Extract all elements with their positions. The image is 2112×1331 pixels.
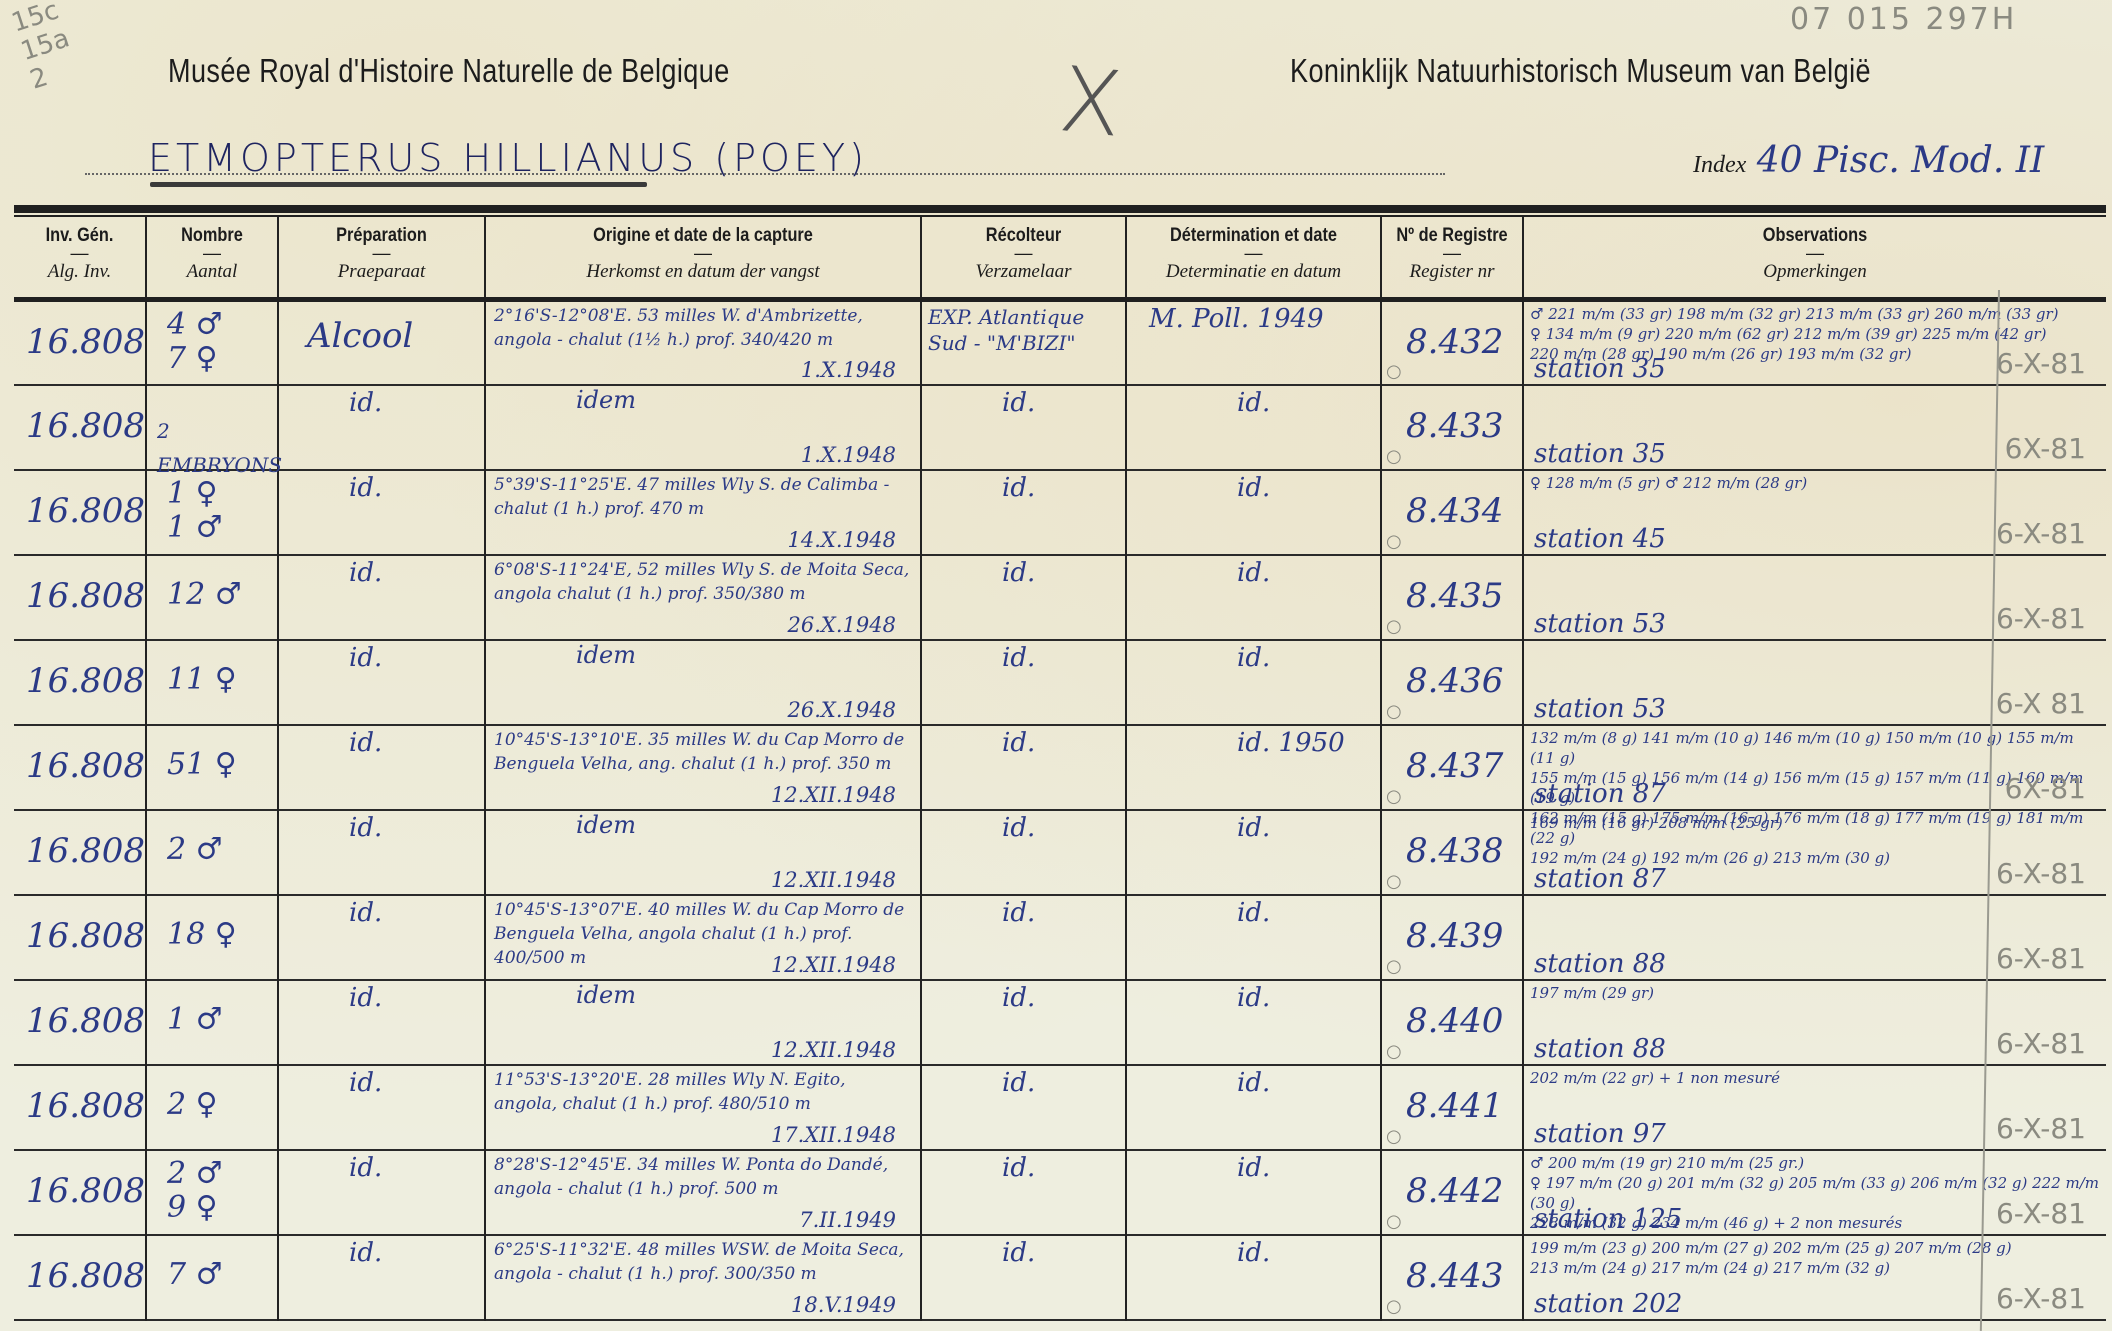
cell-origine: 11°53'S-13°20'E. 28 milles Wly N. Egito,… — [485, 1065, 921, 1150]
pencil-check-date: 6-X-81 — [1996, 942, 2086, 975]
column-divider-dash: — — [486, 247, 920, 259]
cell-determination: id. — [1126, 1150, 1381, 1235]
pencil-check-date: 6X-81 — [2005, 432, 2086, 465]
table-row: 16.808 1 ♀1 ♂ id. 5°39'S-11°25'E. 47 mil… — [14, 470, 2106, 555]
cell-recolteur: id. — [921, 385, 1126, 470]
observation-measurements: ♀ 128 m/m (5 gr) ♂ 212 m/m (28 gr) — [1530, 473, 2102, 493]
cell-inv-gen: 16.808 — [14, 1150, 146, 1235]
register-number: 8.440 — [1406, 1001, 1503, 1041]
cell-preparation: id. — [278, 810, 485, 895]
pencil-circle-mark: ○ — [1386, 531, 1402, 552]
cell-registre: 8.433 ○ — [1381, 385, 1523, 470]
column-label-fr: Observations — [1565, 225, 2066, 247]
cell-nombre: 7 ♂ — [146, 1235, 278, 1320]
determination-value: id. — [1237, 473, 1270, 503]
museum-title-french: Musée Royal d'Histoire Naturelle de Belg… — [168, 52, 730, 90]
capture-date: 7.II.1949 — [799, 1208, 896, 1232]
inventory-number: 16.808 — [26, 1001, 145, 1041]
capture-date: 1.X.1948 — [801, 358, 896, 382]
observation-measurements: 202 m/m (22 gr) + 1 non mesuré — [1530, 1068, 2102, 1088]
pencil-check-date: 6-X-81 — [1996, 1282, 2086, 1315]
count-line: 1 ♀ — [167, 477, 223, 511]
table-row: 16.808 18 ♀ id. 10°45'S-13°07'E. 40 mill… — [14, 895, 2106, 980]
station-label: station 35 — [1534, 354, 1666, 384]
count-line: 9 ♀ — [167, 1191, 223, 1225]
pencil-circle-mark: ○ — [1386, 1296, 1402, 1317]
table-row: 16.808 7 ♂ id. 6°25'S-11°32'E. 48 milles… — [14, 1235, 2106, 1320]
inventory-number: 16.808 — [26, 1256, 145, 1296]
species-name: ETMOPTERUS HILLIANUS (POEY) — [148, 136, 868, 180]
cell-observations: station 53 6-X 81 — [1523, 640, 2106, 725]
register-number: 8.436 — [1406, 661, 1503, 701]
cell-origine: 10°45'S-13°10'E. 35 milles W. du Cap Mor… — [485, 725, 921, 810]
cell-nombre: 2 ♂9 ♀ — [146, 1150, 278, 1235]
museum-title-dutch: Koninklijk Natuurhistorisch Museum van B… — [1290, 52, 1871, 90]
observation-line: ♀ 128 m/m (5 gr) ♂ 212 m/m (28 gr) — [1530, 473, 2102, 493]
species-underline — [150, 182, 647, 187]
observation-line: 199 m/m (23 g) 200 m/m (27 g) 202 m/m (2… — [1530, 1238, 2102, 1258]
specimen-count: 2 ♂ — [167, 833, 223, 867]
table-row: 16.808 12 ♂ id. 6°08'S-11°24'E, 52 mille… — [14, 555, 2106, 640]
cell-nombre: 18 ♀ — [146, 895, 278, 980]
cell-recolteur: id. — [921, 810, 1126, 895]
cell-nombre: 2 ♀ — [146, 1065, 278, 1150]
pencil-circle-mark: ○ — [1386, 701, 1402, 722]
observation-measurements: 197 m/m (29 gr) — [1530, 983, 2102, 1003]
specimen-count: 2 ♀ — [167, 1088, 218, 1122]
cell-registre: 8.439 ○ — [1381, 895, 1523, 980]
capture-origin: idem — [576, 388, 914, 412]
determination-value: id. — [1237, 388, 1270, 418]
collector-value: id. — [1002, 1238, 1035, 1268]
pencil-circle-mark: ○ — [1386, 1041, 1402, 1062]
cell-origine: 10°45'S-13°07'E. 40 milles W. du Cap Mor… — [485, 895, 921, 980]
collector-value: id. — [1002, 473, 1035, 503]
cell-registre: 8.438 ○ — [1381, 810, 1523, 895]
table-row: 16.808 2 ♂ id. idem 12.XII.1948 id. id. … — [14, 810, 2106, 895]
pencil-circle-mark: ○ — [1386, 786, 1402, 807]
cell-origine: 2°16'S-12°08'E. 53 milles W. d'Ambrizett… — [485, 300, 921, 385]
column-label-nl: Herkomst en datum der vangst — [486, 261, 920, 283]
column-label-nl: Alg. Inv. — [14, 261, 145, 283]
register-number: 8.433 — [1406, 406, 1503, 446]
cell-origine: 6°08'S-11°24'E, 52 milles Wly S. de Moit… — [485, 555, 921, 640]
specimen-count: 12 ♂ — [167, 578, 242, 612]
count-line: 7 ♂ — [167, 1258, 223, 1292]
cell-nombre: 4 ♂7 ♀ — [146, 300, 278, 385]
pencil-check-date: 6-X-81 — [1996, 1112, 2086, 1145]
station-label: station 53 — [1534, 609, 1666, 639]
determination-value: id. 1950 — [1237, 728, 1345, 758]
cell-observations: station 53 6-X-81 — [1523, 555, 2106, 640]
determination-value: M. Poll. 1949 — [1149, 304, 1324, 334]
pencil-check-date: 6-X 81 — [1996, 687, 2086, 720]
station-label: station 87 — [1534, 864, 1666, 894]
cell-observations: 132 m/m (8 g) 141 m/m (10 g) 146 m/m (10… — [1523, 725, 2106, 810]
cell-recolteur: id. — [921, 470, 1126, 555]
inventory-number: 16.808 — [26, 661, 145, 701]
station-label: station 97 — [1534, 1119, 1666, 1149]
cell-inv-gen: 16.808 — [14, 640, 146, 725]
collector-value: id. — [1002, 898, 1035, 928]
column-divider-dash: — — [1127, 247, 1380, 259]
cell-origine: 6°25'S-11°32'E. 48 milles WSW. de Moita … — [485, 1235, 921, 1320]
cell-preparation: id. — [278, 725, 485, 810]
cell-preparation: id. — [278, 385, 485, 470]
station-label: station 202 — [1534, 1289, 1682, 1319]
pencil-check-date: 6-X-81 — [1996, 602, 2086, 635]
cell-recolteur: id. — [921, 555, 1126, 640]
pencil-check-date: 6-X-81 — [1996, 857, 2086, 890]
column-label-fr: Nombre — [156, 225, 268, 247]
cell-determination: id. — [1126, 385, 1381, 470]
cell-inv-gen: 16.808 — [14, 1235, 146, 1320]
specimen-count: 18 ♀ — [167, 918, 237, 952]
specimen-count: 4 ♂7 ♀ — [167, 308, 223, 376]
preparation-value: id. — [349, 898, 382, 928]
inventory-number: 16.808 — [26, 576, 145, 616]
count-line: 7 ♀ — [167, 342, 223, 376]
capture-date: 17.XII.1948 — [771, 1123, 896, 1147]
observation-line: 132 m/m (8 g) 141 m/m (10 g) 146 m/m (10… — [1530, 728, 2102, 768]
register-number: 8.435 — [1406, 576, 1503, 616]
count-line: 51 ♀ — [167, 748, 237, 782]
capture-date: 12.XII.1948 — [771, 868, 896, 892]
cell-nombre: 12 ♂ — [146, 555, 278, 640]
cell-recolteur: id. — [921, 640, 1126, 725]
count-line: 2 ♀ — [167, 1088, 218, 1122]
cell-recolteur: id. — [921, 1150, 1126, 1235]
cell-registre: 8.441 ○ — [1381, 1065, 1523, 1150]
cell-preparation: id. — [278, 470, 485, 555]
inventory-number: 16.808 — [26, 1086, 145, 1126]
inventory-number: 16.808 — [26, 831, 145, 871]
cell-nombre: 11 ♀ — [146, 640, 278, 725]
observation-measurements: 169 m/m (16 gr) 208 m/m (25 gr) — [1530, 813, 2102, 833]
collector-value: id. — [1002, 388, 1035, 418]
determination-value: id. — [1237, 643, 1270, 673]
cell-inv-gen: 16.808 — [14, 385, 146, 470]
cell-determination: id. — [1126, 640, 1381, 725]
collector-value: id. — [1002, 558, 1035, 588]
column-header-recolteur: Récolteur — Verzamelaar — [921, 217, 1126, 300]
capture-date: 18.V.1949 — [791, 1293, 896, 1317]
cell-origine: 5°39'S-11°25'E. 47 milles Wly S. de Cali… — [485, 470, 921, 555]
column-label-fr: Détermination et date — [1145, 225, 1363, 247]
pencil-circle-mark: ○ — [1386, 446, 1402, 467]
cell-determination: id. — [1126, 980, 1381, 1065]
pencil-check-date: 6-X-81 — [1996, 517, 2086, 550]
preparation-value: id. — [349, 983, 382, 1013]
pencil-circle-mark: ○ — [1386, 616, 1402, 637]
cell-nombre: 1 ♀1 ♂ — [146, 470, 278, 555]
table-row: 16.808 2 ♂9 ♀ id. 8°28'S-12°45'E. 34 mil… — [14, 1150, 2106, 1235]
observation-line: ♀ 134 m/m (9 gr) 220 m/m (62 gr) 212 m/m… — [1530, 324, 2102, 344]
column-divider-dash: — — [14, 247, 145, 259]
pencil-circle-mark: ○ — [1386, 1211, 1402, 1232]
pencil-circle-mark: ○ — [1386, 361, 1402, 382]
cell-registre: 8.443 ○ — [1381, 1235, 1523, 1320]
collector-value: id. — [1002, 643, 1035, 673]
station-label: station 88 — [1534, 1034, 1666, 1064]
cell-inv-gen: 16.808 — [14, 1065, 146, 1150]
observation-line: ♂ 221 m/m (33 gr) 198 m/m (32 gr) 213 m/… — [1530, 304, 2102, 324]
count-line: 4 ♂ — [167, 308, 223, 342]
preparation-value: Alcool — [307, 316, 413, 356]
species-binomial: ETMOPTERUS HILLIANUS — [148, 136, 698, 180]
capture-date: 12.XII.1948 — [771, 783, 896, 807]
capture-origin: 6°25'S-11°32'E. 48 milles WSW. de Moita … — [494, 1238, 914, 1286]
cell-recolteur: EXP. Atlantique Sud - "M'BIZI" — [921, 300, 1126, 385]
cell-determination: id. — [1126, 895, 1381, 980]
cell-origine: idem 12.XII.1948 — [485, 810, 921, 895]
register-number: 8.439 — [1406, 916, 1503, 956]
preparation-value: id. — [349, 813, 382, 843]
inventory-number: 16.808 — [26, 491, 145, 531]
capture-date: 12.XII.1948 — [771, 1038, 896, 1062]
capture-origin: idem — [576, 813, 914, 837]
cell-origine: idem 1.X.1948 — [485, 385, 921, 470]
register-number: 8.432 — [1406, 322, 1503, 362]
cell-observations: 202 m/m (22 gr) + 1 non mesuré station 9… — [1523, 1065, 2106, 1150]
column-label-nl: Opmerkingen — [1524, 261, 2106, 283]
table-row: 16.808 2 ♀ id. 11°53'S-13°20'E. 28 mille… — [14, 1065, 2106, 1150]
observation-line: 202 m/m (22 gr) + 1 non mesuré — [1530, 1068, 2102, 1088]
collector-value: id. — [1002, 1153, 1035, 1183]
cell-nombre: 1 ♂ — [146, 980, 278, 1065]
specimen-count: 11 ♀ — [167, 663, 237, 697]
index-label: Index — [1693, 152, 1746, 178]
table-row: 16.808 11 ♀ id. idem 26.X.1948 id. id. 8… — [14, 640, 2106, 725]
cell-observations: 169 m/m (16 gr) 208 m/m (25 gr) station … — [1523, 810, 2106, 895]
cell-observations: 199 m/m (23 g) 200 m/m (27 g) 202 m/m (2… — [1523, 1235, 2106, 1320]
column-label-nl: Aantal — [147, 261, 277, 283]
observation-line: ♂ 200 m/m (19 gr) 210 m/m (25 gr.) — [1530, 1153, 2102, 1173]
observation-measurements: 199 m/m (23 g) 200 m/m (27 g) 202 m/m (2… — [1530, 1238, 2102, 1278]
cell-origine: idem 26.X.1948 — [485, 640, 921, 725]
capture-origin: 8°28'S-12°45'E. 34 milles W. Ponta do Da… — [494, 1153, 914, 1201]
inventory-number: 16.808 — [26, 916, 145, 956]
determination-value: id. — [1237, 558, 1270, 588]
cell-preparation: id. — [278, 1065, 485, 1150]
inventory-number: 16.808 — [26, 746, 145, 786]
count-line: 1 ♂ — [167, 511, 223, 545]
cell-preparation: id. — [278, 640, 485, 725]
count-line: 11 ♀ — [167, 663, 237, 697]
collector-value: id. — [1002, 813, 1035, 843]
specimen-count: 7 ♂ — [167, 1258, 223, 1292]
cross-mark: X — [1055, 47, 1127, 158]
preparation-value: id. — [349, 1238, 382, 1268]
pencil-check-date: 6-X-81 — [1996, 1197, 2086, 1230]
cell-preparation: id. — [278, 1235, 485, 1320]
column-header-origine: Origine et date de la capture — Herkomst… — [485, 217, 921, 300]
cell-preparation: id. — [278, 980, 485, 1065]
index-value: 40 Pisc. Mod. II — [1757, 140, 2044, 181]
table-row: 16.808 1 ♂ id. idem 12.XII.1948 id. id. … — [14, 980, 2106, 1065]
capture-date: 12.XII.1948 — [771, 953, 896, 977]
cell-recolteur: id. — [921, 725, 1126, 810]
column-header-observations: Observations — Opmerkingen — [1523, 217, 2106, 300]
cell-determination: id. — [1126, 1065, 1381, 1150]
collector-value: EXP. Atlantique Sud - "M'BIZI" — [928, 304, 1125, 356]
cell-origine: 8°28'S-12°45'E. 34 milles W. Ponta do Da… — [485, 1150, 921, 1235]
species-author: (POEY) — [714, 136, 868, 180]
table-row: 16.808 51 ♀ id. 10°45'S-13°10'E. 35 mill… — [14, 725, 2106, 810]
collector-value: id. — [1002, 728, 1035, 758]
observation-line: 213 m/m (24 g) 217 m/m (24 g) 217 m/m (3… — [1530, 1258, 2102, 1278]
specimen-count: 1 ♂ — [167, 1003, 223, 1037]
count-line: 2 ♂ — [167, 1157, 223, 1191]
cell-inv-gen: 16.808 — [14, 725, 146, 810]
pencil-check-date: 6X-81 — [2005, 772, 2086, 805]
collector-value: id. — [1002, 983, 1035, 1013]
register-table: Inv. Gén. — Alg. Inv.Nombre — AantalPrép… — [14, 217, 2106, 1321]
station-label: station 88 — [1534, 949, 1666, 979]
capture-date: 26.X.1948 — [788, 698, 896, 722]
pencil-check-date: 6-X-81 — [1996, 347, 2086, 380]
determination-value: id. — [1237, 983, 1270, 1013]
cell-origine: idem 12.XII.1948 — [485, 980, 921, 1065]
capture-origin: idem — [576, 983, 914, 1007]
column-header-inv-gen: Inv. Gén. — Alg. Inv. — [14, 217, 146, 300]
count-line: 1 ♂ — [167, 1003, 223, 1037]
capture-date: 26.X.1948 — [788, 613, 896, 637]
cell-inv-gen: 16.808 — [14, 555, 146, 640]
preparation-value: id. — [349, 1068, 382, 1098]
cell-inv-gen: 16.808 — [14, 470, 146, 555]
capture-date: 14.X.1948 — [788, 528, 896, 552]
station-label: station 125 — [1534, 1204, 1682, 1234]
capture-origin: 10°45'S-13°10'E. 35 milles W. du Cap Mor… — [494, 728, 914, 776]
cell-nombre: 2 ♂ — [146, 810, 278, 895]
register-number: 8.442 — [1406, 1171, 1503, 1211]
capture-origin: 5°39'S-11°25'E. 47 milles Wly S. de Cali… — [494, 473, 914, 521]
determination-value: id. — [1237, 898, 1270, 928]
column-label-fr: Inv. Gén. — [23, 225, 136, 247]
table-header-row: Inv. Gén. — Alg. Inv.Nombre — AantalPrép… — [14, 217, 2106, 300]
cell-observations: ♂ 200 m/m (19 gr) 210 m/m (25 gr.)♀ 197 … — [1523, 1150, 2106, 1235]
capture-origin: 11°53'S-13°20'E. 28 milles Wly N. Egito,… — [494, 1068, 914, 1116]
pencil-circle-mark: ○ — [1386, 1126, 1402, 1147]
station-label: station 87 — [1534, 779, 1666, 809]
capture-origin: 2°16'S-12°08'E. 53 milles W. d'Ambrizett… — [494, 304, 914, 352]
inventory-number: 16.808 — [26, 1171, 145, 1211]
register-number: 8.438 — [1406, 831, 1503, 871]
cell-registre: 8.435 ○ — [1381, 555, 1523, 640]
column-label-nl: Verzamelaar — [922, 261, 1125, 283]
column-label-fr: Récolteur — [936, 225, 1111, 247]
column-header-determination: Détermination et date — Determinatie en … — [1126, 217, 1381, 300]
cell-inv-gen: 16.808 — [14, 980, 146, 1065]
column-label-nl: Praeparaat — [279, 261, 484, 283]
cell-observations: ♂ 221 m/m (33 gr) 198 m/m (32 gr) 213 m/… — [1523, 300, 2106, 385]
column-divider-dash: — — [1524, 247, 2106, 259]
determination-value: id. — [1237, 1068, 1270, 1098]
cell-nombre: 51 ♀ — [146, 725, 278, 810]
specimen-count: 2 ♂9 ♀ — [167, 1157, 223, 1225]
column-divider-dash: — — [922, 247, 1125, 259]
pencil-circle-mark: ○ — [1386, 871, 1402, 892]
cell-recolteur: id. — [921, 980, 1126, 1065]
register-number: 8.441 — [1406, 1086, 1503, 1126]
observation-line: 197 m/m (29 gr) — [1530, 983, 2102, 1003]
capture-date: 1.X.1948 — [801, 443, 896, 467]
cell-inv-gen: 16.808 — [14, 810, 146, 895]
column-divider-dash: — — [1382, 247, 1522, 259]
cell-registre: 8.432 ○ — [1381, 300, 1523, 385]
catalog-number: 07 015 297H — [1790, 2, 2017, 37]
table-row: 16.808 2 EMBRYONS id. idem 1.X.1948 id. … — [14, 385, 2106, 470]
cell-determination: id. — [1126, 1235, 1381, 1320]
cell-preparation: id. — [278, 555, 485, 640]
cell-registre: 8.437 ○ — [1381, 725, 1523, 810]
station-label: station 45 — [1534, 524, 1666, 554]
cell-registre: 8.434 ○ — [1381, 470, 1523, 555]
table-row: 16.808 4 ♂7 ♀ Alcool 2°16'S-12°08'E. 53 … — [14, 300, 2106, 385]
cell-recolteur: id. — [921, 895, 1126, 980]
column-header-preparation: Préparation — Praeparaat — [278, 217, 485, 300]
column-label-fr: Préparation — [293, 225, 469, 247]
cell-determination: id. 1950 — [1126, 725, 1381, 810]
preparation-value: id. — [349, 1153, 382, 1183]
preparation-value: id. — [349, 643, 382, 673]
capture-origin: idem — [576, 643, 914, 667]
register-number: 8.443 — [1406, 1256, 1503, 1296]
cell-determination: id. — [1126, 555, 1381, 640]
cell-registre: 8.436 ○ — [1381, 640, 1523, 725]
cell-inv-gen: 16.808 — [14, 895, 146, 980]
cell-nombre: 2 EMBRYONS — [146, 385, 278, 470]
inventory-number: 16.808 — [26, 406, 145, 446]
register-number: 8.437 — [1406, 746, 1503, 786]
inventory-number: 16.808 — [26, 322, 145, 362]
count-line: 2 ♂ — [167, 833, 223, 867]
count-line: 12 ♂ — [167, 578, 242, 612]
cell-recolteur: id. — [921, 1235, 1126, 1320]
cell-determination: M. Poll. 1949 — [1126, 300, 1381, 385]
column-header-nombre: Nombre — Aantal — [146, 217, 278, 300]
specimen-count: 51 ♀ — [167, 748, 237, 782]
column-header-registre: Nº de Registre — Register nr — [1381, 217, 1523, 300]
register-number: 8.434 — [1406, 491, 1503, 531]
column-divider-dash: — — [147, 247, 277, 259]
capture-origin: 6°08'S-11°24'E, 52 milles Wly S. de Moit… — [494, 558, 914, 606]
pencil-check-date: 6-X-81 — [1996, 1027, 2086, 1060]
determination-value: id. — [1237, 813, 1270, 843]
cell-inv-gen: 16.808 — [14, 300, 146, 385]
column-label-nl: Determinatie en datum — [1127, 261, 1380, 283]
cell-preparation: Alcool — [278, 300, 485, 385]
preparation-value: id. — [349, 558, 382, 588]
determination-value: id. — [1237, 1153, 1270, 1183]
cell-observations: 197 m/m (29 gr) station 88 6-X-81 — [1523, 980, 2106, 1065]
pencil-circle-mark: ○ — [1386, 956, 1402, 977]
cell-registre: 8.442 ○ — [1381, 1150, 1523, 1235]
cell-determination: id. — [1126, 470, 1381, 555]
cell-determination: id. — [1126, 810, 1381, 895]
cell-recolteur: id. — [921, 1065, 1126, 1150]
column-label-nl: Register nr — [1382, 261, 1522, 283]
cell-observations: ♀ 128 m/m (5 gr) ♂ 212 m/m (28 gr) stati… — [1523, 470, 2106, 555]
preparation-value: id. — [349, 388, 382, 418]
determination-value: id. — [1237, 1238, 1270, 1268]
column-divider-dash: — — [279, 247, 484, 259]
collector-value: id. — [1002, 1068, 1035, 1098]
column-label-fr: Origine et date de la capture — [516, 225, 889, 247]
cell-observations: station 88 6-X-81 — [1523, 895, 2106, 980]
cell-preparation: id. — [278, 895, 485, 980]
